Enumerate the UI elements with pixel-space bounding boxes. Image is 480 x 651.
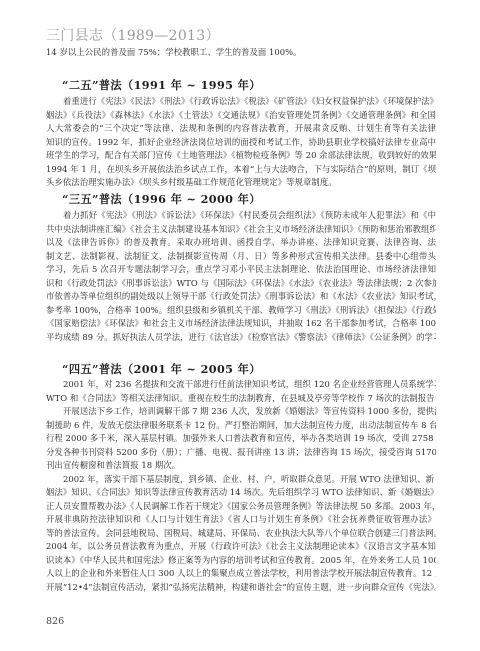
paragraph-line: 行程 2000 多千米，深入基层村镇。加强外来人口普法教育和宣传，举办各类培训 … bbox=[46, 432, 436, 444]
page-number: 826 bbox=[46, 616, 64, 627]
paragraph-line: 开展非典防控法律知识和《人口与计划生育法》《省人口与计划生育条例》《社会抚养费征… bbox=[46, 513, 436, 525]
paragraph-line: 2002 年，落实干部下基层制度，到乡镇、企业、村、户，听取群众意见。开展 WT… bbox=[63, 473, 436, 485]
paragraph-line: 姻法》《兵役法》《森林法》《水法》《土管法》《交通法规》《治安管理处罚条例》《交… bbox=[46, 109, 436, 121]
section-heading-4th-five-year: “四五”普法（2001 年 ~ 2005 年） bbox=[62, 361, 261, 377]
paragraph-line: 2001 年，对 236 名提拔和交流干部进行任前法律知识考试，组织 120 名… bbox=[63, 378, 436, 390]
paragraph-line: 制文艺、法制影视、法制征文、法制摄影宣传周（月、日）等多种形式宣传相关法律。县委… bbox=[46, 250, 436, 262]
paragraph-line: 人大常委会的“三个决定”等法律、法规和条例的内容普法教育，开展肃贪反贿、计划生育… bbox=[46, 122, 436, 134]
paragraph-line: 市依普办等单位组织的副处级以上领导干部《行政处罚法》《刑事诉讼法》和《水法》《农… bbox=[46, 290, 436, 302]
paragraph-line: 识和《行政处罚法》《刑事诉讼法》WTO 与《国际法》《环保法》《水法》《农业法》… bbox=[46, 277, 436, 289]
paragraph-line: 着力抓好《宪法》《刑法》《诉讼法》《环保法》《村民委员会组织法》《预防未成年人犯… bbox=[63, 209, 436, 221]
paragraph-line: 知识的宣传。1992 年，抓好企业经济法岗位培训的面授和考试工作，协助县职业学校… bbox=[46, 136, 436, 148]
paragraph-line: WTO 和《合同法》等相关法律知识。重视在校生的法制教育，在县城及亭旁等学校作 … bbox=[46, 392, 436, 404]
paragraph-line: 人以上的企业和外来暂住人口 300 人以上的集聚点成立普法学校，利用普法学校开展… bbox=[46, 567, 436, 579]
paragraph-line: 以及《法律告诉你》的普及教育。采取办班培训、函授自学、举办讲座、法律知识竞赛、法… bbox=[46, 236, 436, 248]
paragraph-line: 头乡依法治理实施办法》《坝头乡村级基础工作规范化管理规定》等规章制度。 bbox=[46, 176, 436, 188]
paragraph-line: 姻法》知识、《合同法》知识等法律宣传教育活动 14 场次。先后组织学习 WTO … bbox=[46, 486, 436, 498]
paragraph-line: 班学生的学习，配合有关部门宣传《土地管理法》《植物检疫条例》等 20 余部法律法… bbox=[46, 149, 436, 161]
paragraph-line: 学习，先后 5 次召开专题法制学习会，重点学习邓小平民主法制理论、依法治国理论、… bbox=[46, 263, 436, 275]
paragraph-line: 2004 年，以公务员普法教育为重点，开展《行政许可法》《社会主义法制理论读本》… bbox=[46, 540, 436, 552]
paragraph-line: 等的普法宣传。会同县地税局、国税局、城建局、环保局、农业执法大队等八个单位联合创… bbox=[46, 527, 436, 539]
paragraph-line: 共中央法制讲座汇编》《社会主义法制建设基本知识》《社会主义市场经济法律知识》《预… bbox=[46, 223, 436, 235]
section-heading-2nd-five-year: “二五”普法（1991 年 ~ 1995 年） bbox=[62, 77, 261, 93]
paragraph-line: 制援助 6 件，发放无偿法律服务联系卡 12 份。严打整治期间，加大法制宣传力度… bbox=[46, 419, 436, 431]
paragraph-line: 平均成绩 89 分。抓好执法人员学法，进行《法官法》《检察官法》《警察法》《律师… bbox=[46, 331, 436, 343]
paragraph-line: 开展“12•4”法制宣传活动，紧扣“弘扬宪法精神，构建和谐社会”的宣传主题，进一… bbox=[46, 581, 436, 593]
paragraph-line: 1994 年 1 月，在坝头乡开展依法治乡试点工作，本着“上与大法吻合，下与实际… bbox=[46, 163, 436, 175]
paragraph-line: 开展送法下乡工作，培训调解干部 7 期 236 人次，发放新《婚姻法》等宣传资料… bbox=[63, 405, 436, 417]
page-header-title: 三门县志（1989—2013） bbox=[46, 25, 220, 45]
paragraph-line: 识读本》《中华人民共和国宪法》修正案等为内容的培训考试和宣传教育。2005 年，… bbox=[46, 554, 436, 566]
paragraph-line: 正人员安置帮教办法》《人民调解工作若干规定》《国家公务员管理条例》等法律法规 5… bbox=[46, 500, 436, 512]
paragraph-line: 《国家赔偿法》《环保法》和社会主义市场经济法律法规知识，并抽取 162 名干部参… bbox=[46, 317, 436, 329]
paragraph-line: 刊出宣传橱窗和普法简报 18 期次。 bbox=[46, 459, 436, 471]
paragraph-line: 分发各种书刊资料 5200 多份（册）；广播、电视、报刊讲座 13 讲；法律咨询… bbox=[46, 446, 436, 458]
paragraph-line: 参考率 100%，合格率 100%。组织县级和乡镇机关干部、教师学习《刑法》《刑… bbox=[46, 304, 436, 316]
section-heading-3rd-five-year: “三五”普法（1996 年 ~ 2000 年） bbox=[62, 191, 261, 207]
intro-line: 14 岁以上公民的普及面 75%；学校教职工、学生的普及面 100%。 bbox=[46, 46, 436, 58]
paragraph-line: 着重进行《宪法》《民法》《刑法》《行政诉讼法》《税法》《矿管法》《妇女权益保护法… bbox=[63, 95, 436, 107]
